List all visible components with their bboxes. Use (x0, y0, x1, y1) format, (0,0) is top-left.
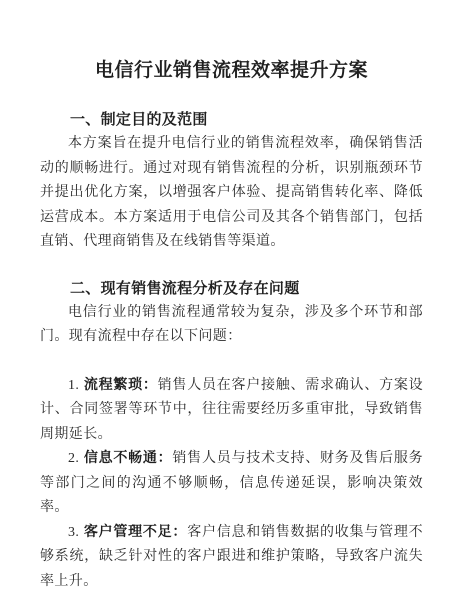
section-1-paragraph: 本方案旨在提升电信行业的销售流程效率，确保销售活动的顺畅进行。通过对现有销售流程… (40, 132, 423, 255)
problem-item-1-term: 流程繁琐： (84, 378, 158, 393)
problem-item-2-term: 信息不畅通： (84, 451, 173, 466)
section-2-intro-paragraph: 电信行业的销售流程通常较为复杂，涉及多个环节和部门。现有流程中存在以下问题： (40, 301, 423, 350)
problem-item-1: 1.流程繁琐：销售人员在客户接触、需求确认、方案设计、合同签署等环节中，往往需要… (40, 374, 423, 448)
document-page: 电信行业销售流程效率提升方案 一、制定目的及范围 本方案旨在提升电信行业的销售流… (0, 0, 463, 600)
problem-list: 1.流程繁琐：销售人员在客户接触、需求确认、方案设计、合同签署等环节中，往往需要… (40, 374, 423, 595)
problem-item-2-number: 2. (68, 451, 79, 466)
problem-item-3-term: 客户管理不足： (84, 525, 188, 540)
problem-item-3-number: 3. (68, 525, 79, 540)
problem-item-2: 2.信息不畅通：销售人员与技术支持、财务及售后服务等部门之间的沟通不够顺畅，信息… (40, 447, 423, 521)
document-title: 电信行业销售流程效率提升方案 (40, 56, 423, 86)
problem-item-1-number: 1. (68, 378, 79, 393)
section-1-heading: 一、制定目的及范围 (40, 108, 423, 132)
problem-item-3: 3.客户管理不足：客户信息和销售数据的收集与管理不够系统，缺乏针对性的客户跟进和… (40, 521, 423, 595)
section-2-heading: 二、现有销售流程分析及存在问题 (40, 277, 423, 301)
